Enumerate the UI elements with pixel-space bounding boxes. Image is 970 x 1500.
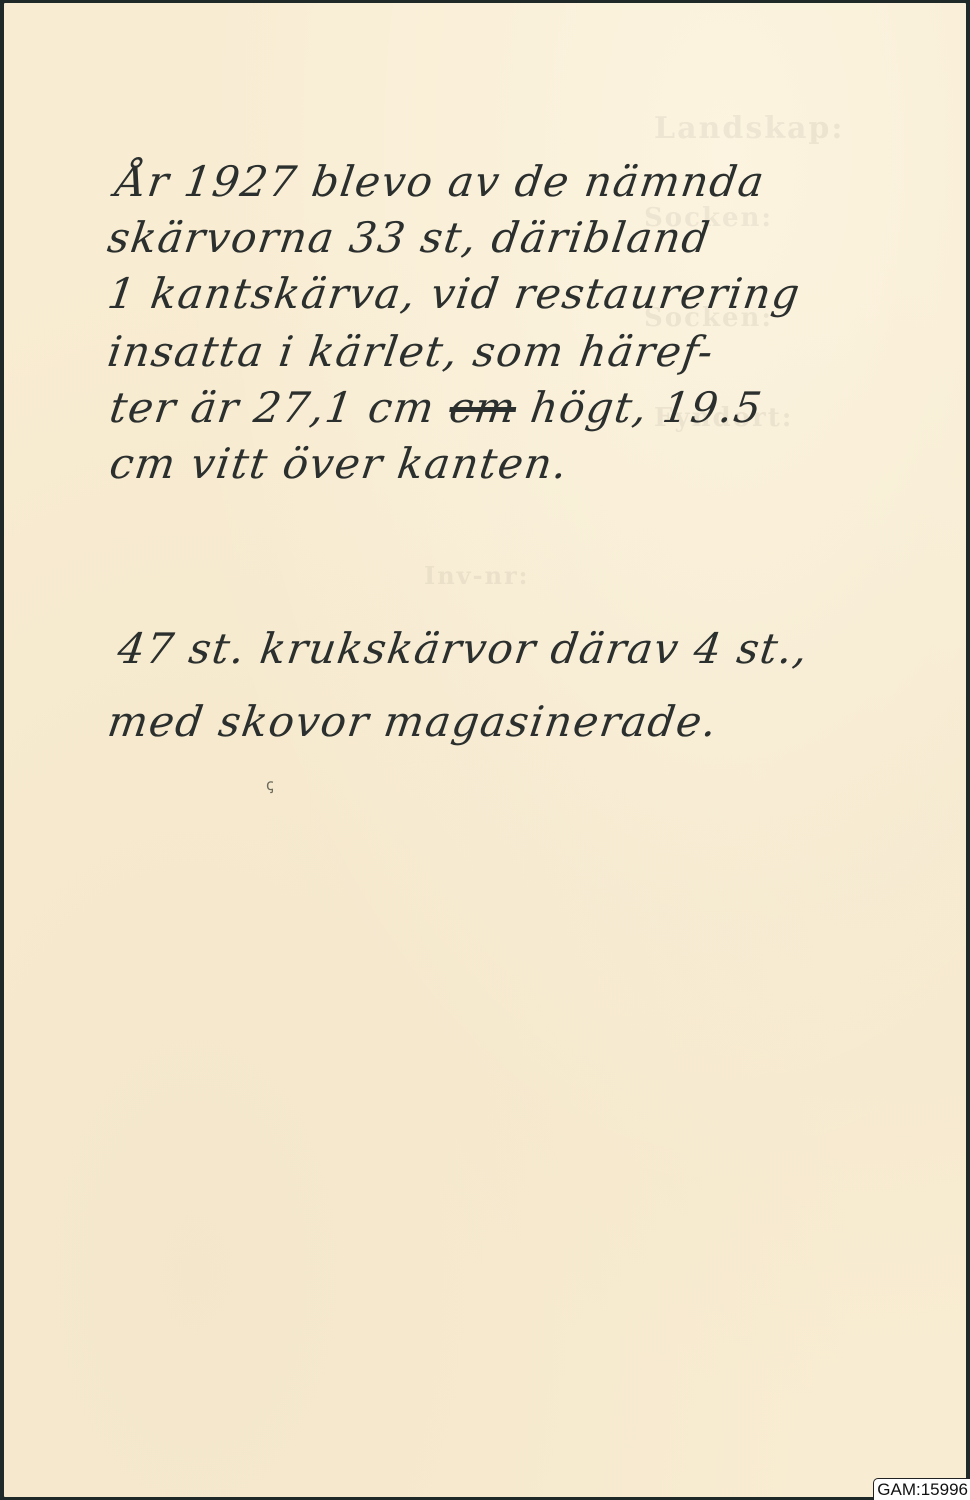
line-text: högt, 19.5 (528, 383, 766, 432)
line-text: ter är 27,1 cm (107, 383, 439, 432)
handwritten-line: cm vitt över kanten. (106, 435, 572, 493)
scan-frame: Landskap: Socken: Socken: Fyndort: Inv-n… (0, 0, 970, 1500)
handwritten-line: 47 st. krukskärvor därav 4 st., (114, 620, 812, 678)
struck-out-word: cm (446, 383, 519, 432)
handwritten-line: skärvorna 33 st, däribland (104, 209, 714, 267)
handwritten-line: med skovor magasinerade. (104, 693, 722, 751)
ink-speck: ꞔ (266, 773, 274, 795)
handwritten-line: År 1927 blevo av de nämnda (112, 153, 769, 211)
bleed-through-text: Inv-nr: (424, 561, 530, 590)
catalog-id-label: GAM:15996 (873, 1478, 970, 1500)
bleed-through-text: Landskap: (654, 111, 845, 146)
paper-sheet: Landskap: Socken: Socken: Fyndort: Inv-n… (4, 3, 966, 1497)
handwritten-line: insatta i kärlet, som häref- (104, 323, 718, 381)
handwritten-line: ter är 27,1 cm cm högt, 19.5 (106, 379, 766, 437)
handwritten-line: 1 kantskärva, vid restaurering (104, 265, 804, 323)
